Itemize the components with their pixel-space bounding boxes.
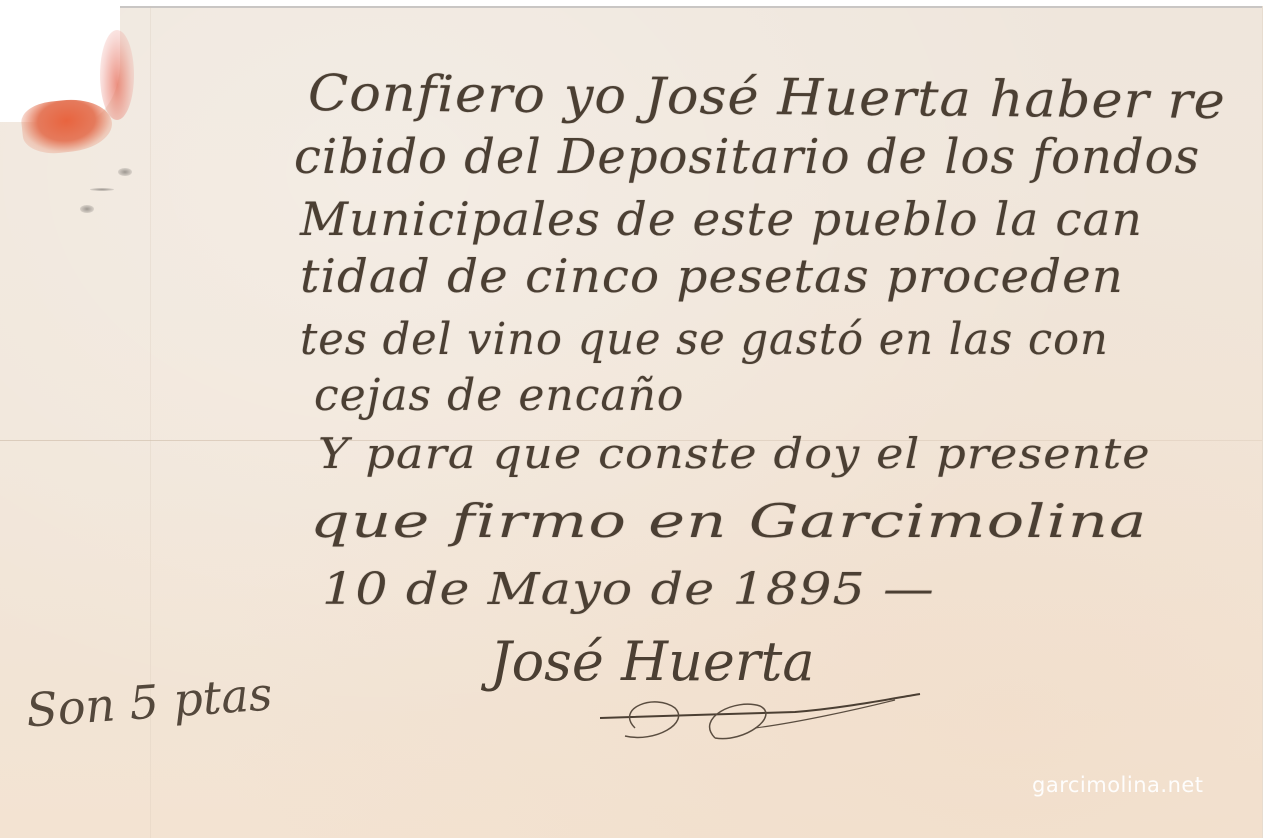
signature-flourish [595,688,925,748]
body-line-9: 10 de Mayo de 1895 — [322,568,935,612]
pinhole [118,168,132,176]
body-line-4: tidad de cinco pesetas proceden [300,253,1124,299]
pinhole [80,205,94,213]
body-line-6: cejas de encaño [314,374,684,418]
body-line-7: Y para que conste doy el presente [318,433,1151,475]
body-line-3: Municipales de este pueblo la can [300,196,1143,242]
signature: José Huerta [490,630,815,693]
body-line-5: tes del vino que se gastó en las con [300,318,1109,362]
paper-crease [90,188,114,191]
red-seal-remnant-upper [100,30,134,120]
body-line-2: cibido del Depositario de los fondos [294,133,1200,181]
paper-top-edge [118,6,1262,8]
watermark: garcimolina.net [1032,773,1204,797]
body-line-1: Confiero yo José Huerta haber re [308,68,1226,126]
body-line-8: que firmo en Garcimolina [310,498,1148,544]
